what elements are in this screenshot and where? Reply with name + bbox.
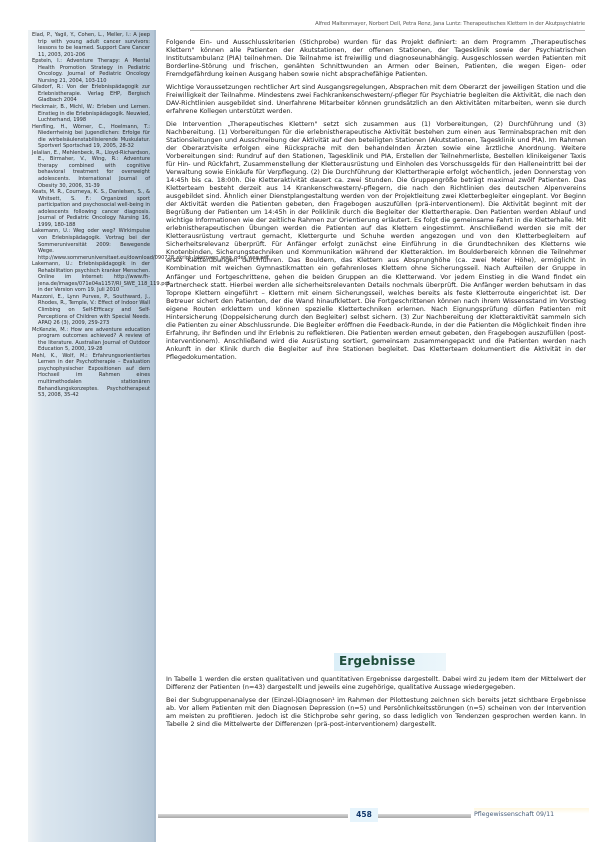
reference-item: Mazzoni, E., Lynn Purves, P., Southward,… (32, 294, 150, 327)
reference-item: Lakemann, U.: Erlebnispädagogik in der R… (32, 261, 150, 294)
paragraph-criteria: Folgende Ein- und Ausschlusskriterien (S… (166, 38, 586, 78)
paragraph-subgroup-analysis: Bei der Subgruppenanalyse der (Einzel-)D… (166, 696, 586, 728)
reference-item: Gilsdorf, R.: Von der Erlebnispädagogik … (32, 84, 150, 104)
reference-item: Elad, P., Yagil, Y., Cohen, L., Meller, … (32, 32, 150, 58)
section-heading-results: Ergebnisse (334, 653, 446, 671)
footer-rule (378, 814, 471, 818)
running-header: Alfred Maltenmayer, Norbert Dell, Petra … (190, 17, 585, 31)
results-section: In Tabelle 1 werden die ersten qualitati… (166, 675, 586, 732)
reference-list: Elad, P., Yagil, Y., Cohen, L., Meller, … (32, 32, 150, 399)
paragraph-intervention: Die Intervention „Therapeutisches Klette… (166, 120, 586, 361)
paragraph-prerequisites: Wichtige Voraussetzungen rechtlicher Art… (166, 83, 586, 115)
journal-issue: Pflegewissenschaft 09/11 (474, 808, 589, 822)
paragraph-results-intro: In Tabelle 1 werden die ersten qualitati… (166, 675, 586, 691)
reference-item: McKenzie, M.: How are adventure educatio… (32, 327, 150, 353)
references-sidebar: Elad, P., Yagil, Y., Cohen, L., Meller, … (28, 30, 156, 842)
reference-item: Keats, M. R., Courneya, K. S., Danielsen… (32, 189, 150, 228)
reference-item: Epstein, I.: Adventure Therapy: A Mental… (32, 58, 150, 84)
main-text: Folgende Ein- und Ausschlusskriterien (S… (166, 38, 586, 366)
reference-item: Lakemann, U.: Weg oder weg? Wirkimpulse … (32, 228, 150, 261)
document-page: Alfred Maltenmayer, Norbert Dell, Petra … (0, 0, 595, 842)
page-number: 458 (350, 808, 378, 822)
section-heading-text: Ergebnisse (339, 654, 416, 668)
reference-item: Mehl, K., Wolf, M.: Erfahrungsorientiert… (32, 353, 150, 399)
reference-item: Henfling, H., Wörner, C., Hoelmann, T.: … (32, 124, 150, 150)
reference-item: Jelalian, E., Mehlenbeck, R., Lloyd-Rich… (32, 150, 150, 189)
footer-rule (158, 814, 348, 818)
reference-item: Heckmair, B., Michl, W.: Erleben und Ler… (32, 104, 150, 124)
